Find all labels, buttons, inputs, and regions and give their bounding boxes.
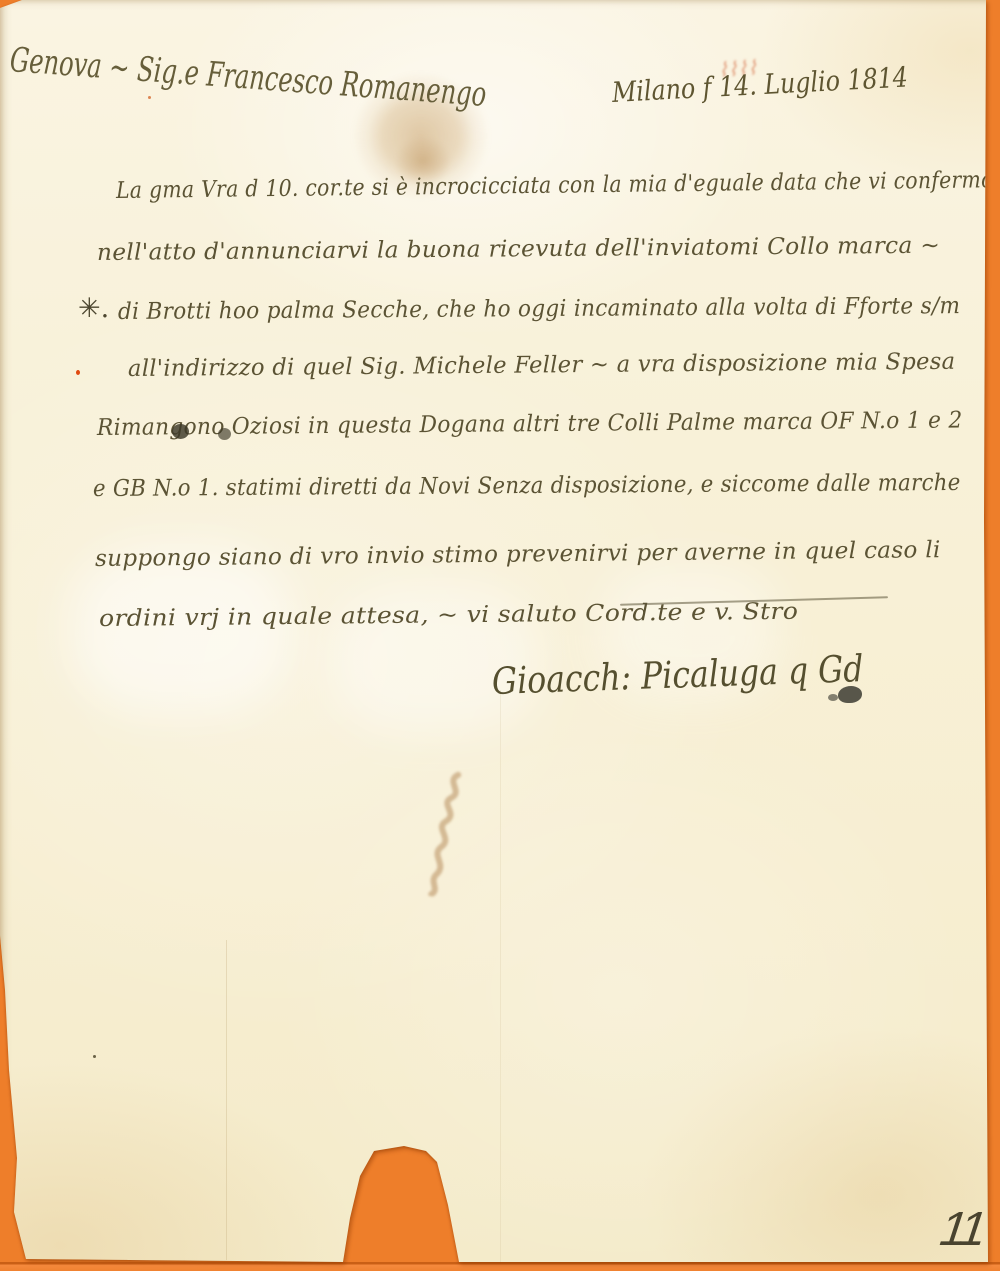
letter-line: suppongo siano di vro invio stimo preven… <box>95 537 941 572</box>
letter-paper-wrap: Genova ~ Sig.e Francesco Romanengo ⌇⌇⌇⌇ … <box>0 0 1000 1271</box>
fold-crease <box>226 940 227 1260</box>
letter-line: di Brotti hoo palma Secche, che ho oggi … <box>118 293 960 325</box>
address-line: Genova ~ Sig.e Francesco Romanengo <box>9 40 488 115</box>
letter-line: all'indirizzo di quel Sig. Michele Felle… <box>128 349 956 382</box>
paper-speck <box>148 96 151 99</box>
ink-blot <box>838 686 862 703</box>
paper-speck <box>76 370 80 375</box>
page-number: 11 <box>932 1202 992 1257</box>
dateline: Milano f 14. Luglio 1814 <box>611 61 908 109</box>
margin-asterisk-mark: ✳. <box>78 293 109 324</box>
ink-blot <box>828 694 838 701</box>
letter-line: La gma Vra d 10. cor.te si è incrociccia… <box>116 167 994 204</box>
ink-bleedthrough <box>419 766 477 900</box>
scan-stage: Genova ~ Sig.e Francesco Romanengo ⌇⌇⌇⌇ … <box>0 0 1000 1271</box>
signature: Gioacch: Picaluga q Gd <box>491 647 864 703</box>
ink-blot <box>172 424 189 439</box>
letter-line: nell'atto d'annunciarvi la buona ricevut… <box>97 233 940 266</box>
letter-paper: Genova ~ Sig.e Francesco Romanengo ⌇⌇⌇⌇ … <box>0 0 1000 1271</box>
ink-blot <box>218 428 231 440</box>
fold-crease <box>500 690 501 1262</box>
letter-line: e GB N.o 1. statimi diretti da Novi Senz… <box>93 470 961 502</box>
paper-speck <box>93 1055 96 1058</box>
